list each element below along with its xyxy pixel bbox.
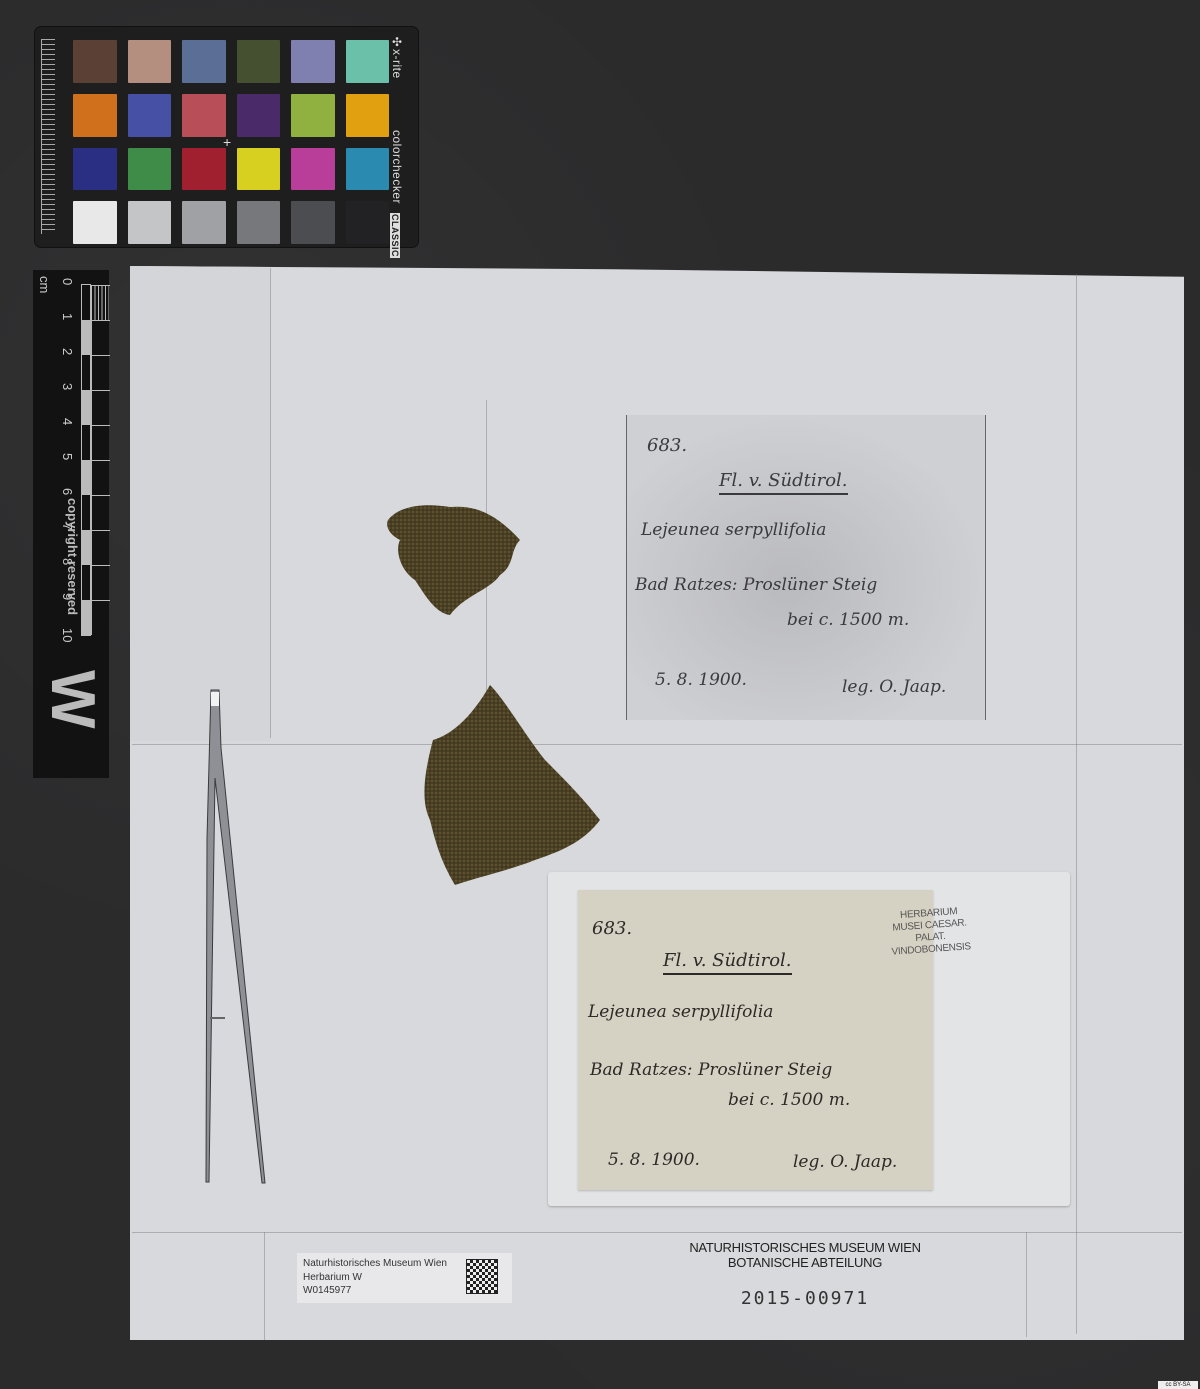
label-species: Lejeunea serpyllifolia xyxy=(641,520,826,540)
color-patch xyxy=(182,148,226,191)
fold-line-vertical-right xyxy=(1076,274,1077,1334)
color-patch xyxy=(128,94,172,137)
label-number: 683. xyxy=(647,435,687,456)
mm-ruler xyxy=(41,39,55,234)
checker-branding: ✣ x-rite colorchecker CLASSIC xyxy=(388,35,410,245)
label-title: Fl. v. Südtirol. xyxy=(719,470,848,495)
scale-tick-label: 6 xyxy=(60,488,75,495)
paper-flap-left xyxy=(130,266,270,741)
scale-bar: cm 012345678910 copyright reserved W xyxy=(33,270,109,778)
color-patch xyxy=(128,148,172,191)
herbarium-stamp: HERBARIUM MUSEI CAESAR. PALAT. VINDOBONE… xyxy=(878,905,981,960)
label-collector: leg. O. Jaap. xyxy=(842,677,946,697)
color-patch xyxy=(182,40,226,83)
product-name: colorchecker xyxy=(390,130,404,204)
color-patch xyxy=(237,148,281,191)
color-patch xyxy=(346,148,390,191)
color-patch xyxy=(291,40,335,83)
label-locality: Bad Ratzes: Proslüner Steig xyxy=(590,1060,832,1080)
color-patch xyxy=(128,201,172,244)
color-patch xyxy=(128,40,172,83)
color-patch xyxy=(73,94,117,137)
herbarium-name: Herbarium W xyxy=(303,1271,447,1285)
forceps-tweezers xyxy=(195,688,275,1188)
museum-stamp: NATURHISTORISCHES MUSEUM WIEN BOTANISCHE… xyxy=(640,1240,970,1270)
color-patch xyxy=(73,40,117,83)
scale-unit: cm xyxy=(37,276,52,293)
scale-tick-label: 2 xyxy=(60,348,75,355)
crosshair-icon: + xyxy=(223,134,231,150)
color-patch xyxy=(73,148,117,191)
color-patch xyxy=(346,94,390,137)
fold-line-bottom-left xyxy=(264,1232,265,1340)
department-name: BOTANISCHE ABTEILUNG xyxy=(640,1255,970,1270)
fold-line-vertical-left xyxy=(270,268,271,738)
color-checker-card: + ✣ x-rite colorchecker CLASSIC xyxy=(35,27,418,247)
photocopy-label: 683. Fl. v. Südtirol. Lejeunea serpyllif… xyxy=(626,415,986,720)
institution-name: Naturhistorisches Museum Wien xyxy=(303,1257,447,1271)
scale-mm-ticks xyxy=(91,285,109,320)
fold-line-horizontal xyxy=(132,744,1182,745)
brand-logo-text: x-rite xyxy=(390,49,404,79)
color-patch xyxy=(291,201,335,244)
label-locality: Bad Ratzes: Proslüner Steig xyxy=(635,575,877,595)
color-patch xyxy=(346,40,390,83)
license-badge: cc BY-SA xyxy=(1158,1381,1198,1389)
moss-specimen-lower xyxy=(415,680,605,890)
scale-tick-label: 5 xyxy=(60,453,75,460)
color-patch xyxy=(291,148,335,191)
barcode-label: Naturhistorisches Museum Wien Herbarium … xyxy=(297,1253,512,1303)
label-elevation: bei c. 1500 m. xyxy=(787,610,909,630)
xrite-logo-icon: ✣ xyxy=(392,35,402,49)
scale-tick-label: 4 xyxy=(60,418,75,425)
fold-line-bottom-right xyxy=(1026,1232,1027,1337)
fold-line-bottom xyxy=(132,1232,1182,1233)
color-patch xyxy=(73,201,117,244)
label-date: 5. 8. 1900. xyxy=(608,1150,700,1170)
qr-code-icon xyxy=(466,1259,498,1294)
scale-tick-label: 10 xyxy=(60,628,75,642)
color-patch xyxy=(237,94,281,137)
color-patch xyxy=(291,94,335,137)
scale-tick-label: 0 xyxy=(60,278,75,285)
color-patch xyxy=(237,201,281,244)
label-collector: leg. O. Jaap. xyxy=(793,1152,897,1172)
label-title: Fl. v. Südtirol. xyxy=(663,950,792,975)
label-species: Lejeunea serpyllifolia xyxy=(588,1002,773,1022)
scale-ticks xyxy=(91,285,110,635)
color-patch xyxy=(182,201,226,244)
color-patch xyxy=(346,201,390,244)
copyright-text: copyright reserved xyxy=(65,498,80,615)
label-elevation: bei c. 1500 m. xyxy=(728,1090,850,1110)
scale-segments xyxy=(82,285,90,635)
specimen-id: W0145977 xyxy=(303,1284,447,1298)
color-patch xyxy=(182,94,226,137)
museum-name: NATURHISTORISCHES MUSEUM WIEN xyxy=(640,1240,970,1255)
label-date: 5. 8. 1900. xyxy=(655,670,747,690)
edition-badge: CLASSIC xyxy=(390,213,400,258)
label-number: 683. xyxy=(592,918,632,939)
herbarium-w-logo: W xyxy=(41,670,103,729)
scale-tick-label: 1 xyxy=(60,313,75,320)
accession-number: 2015-00971 xyxy=(640,1288,970,1309)
scale-tick-label: 3 xyxy=(60,383,75,390)
moss-specimen-upper xyxy=(380,495,530,630)
color-patch xyxy=(237,40,281,83)
